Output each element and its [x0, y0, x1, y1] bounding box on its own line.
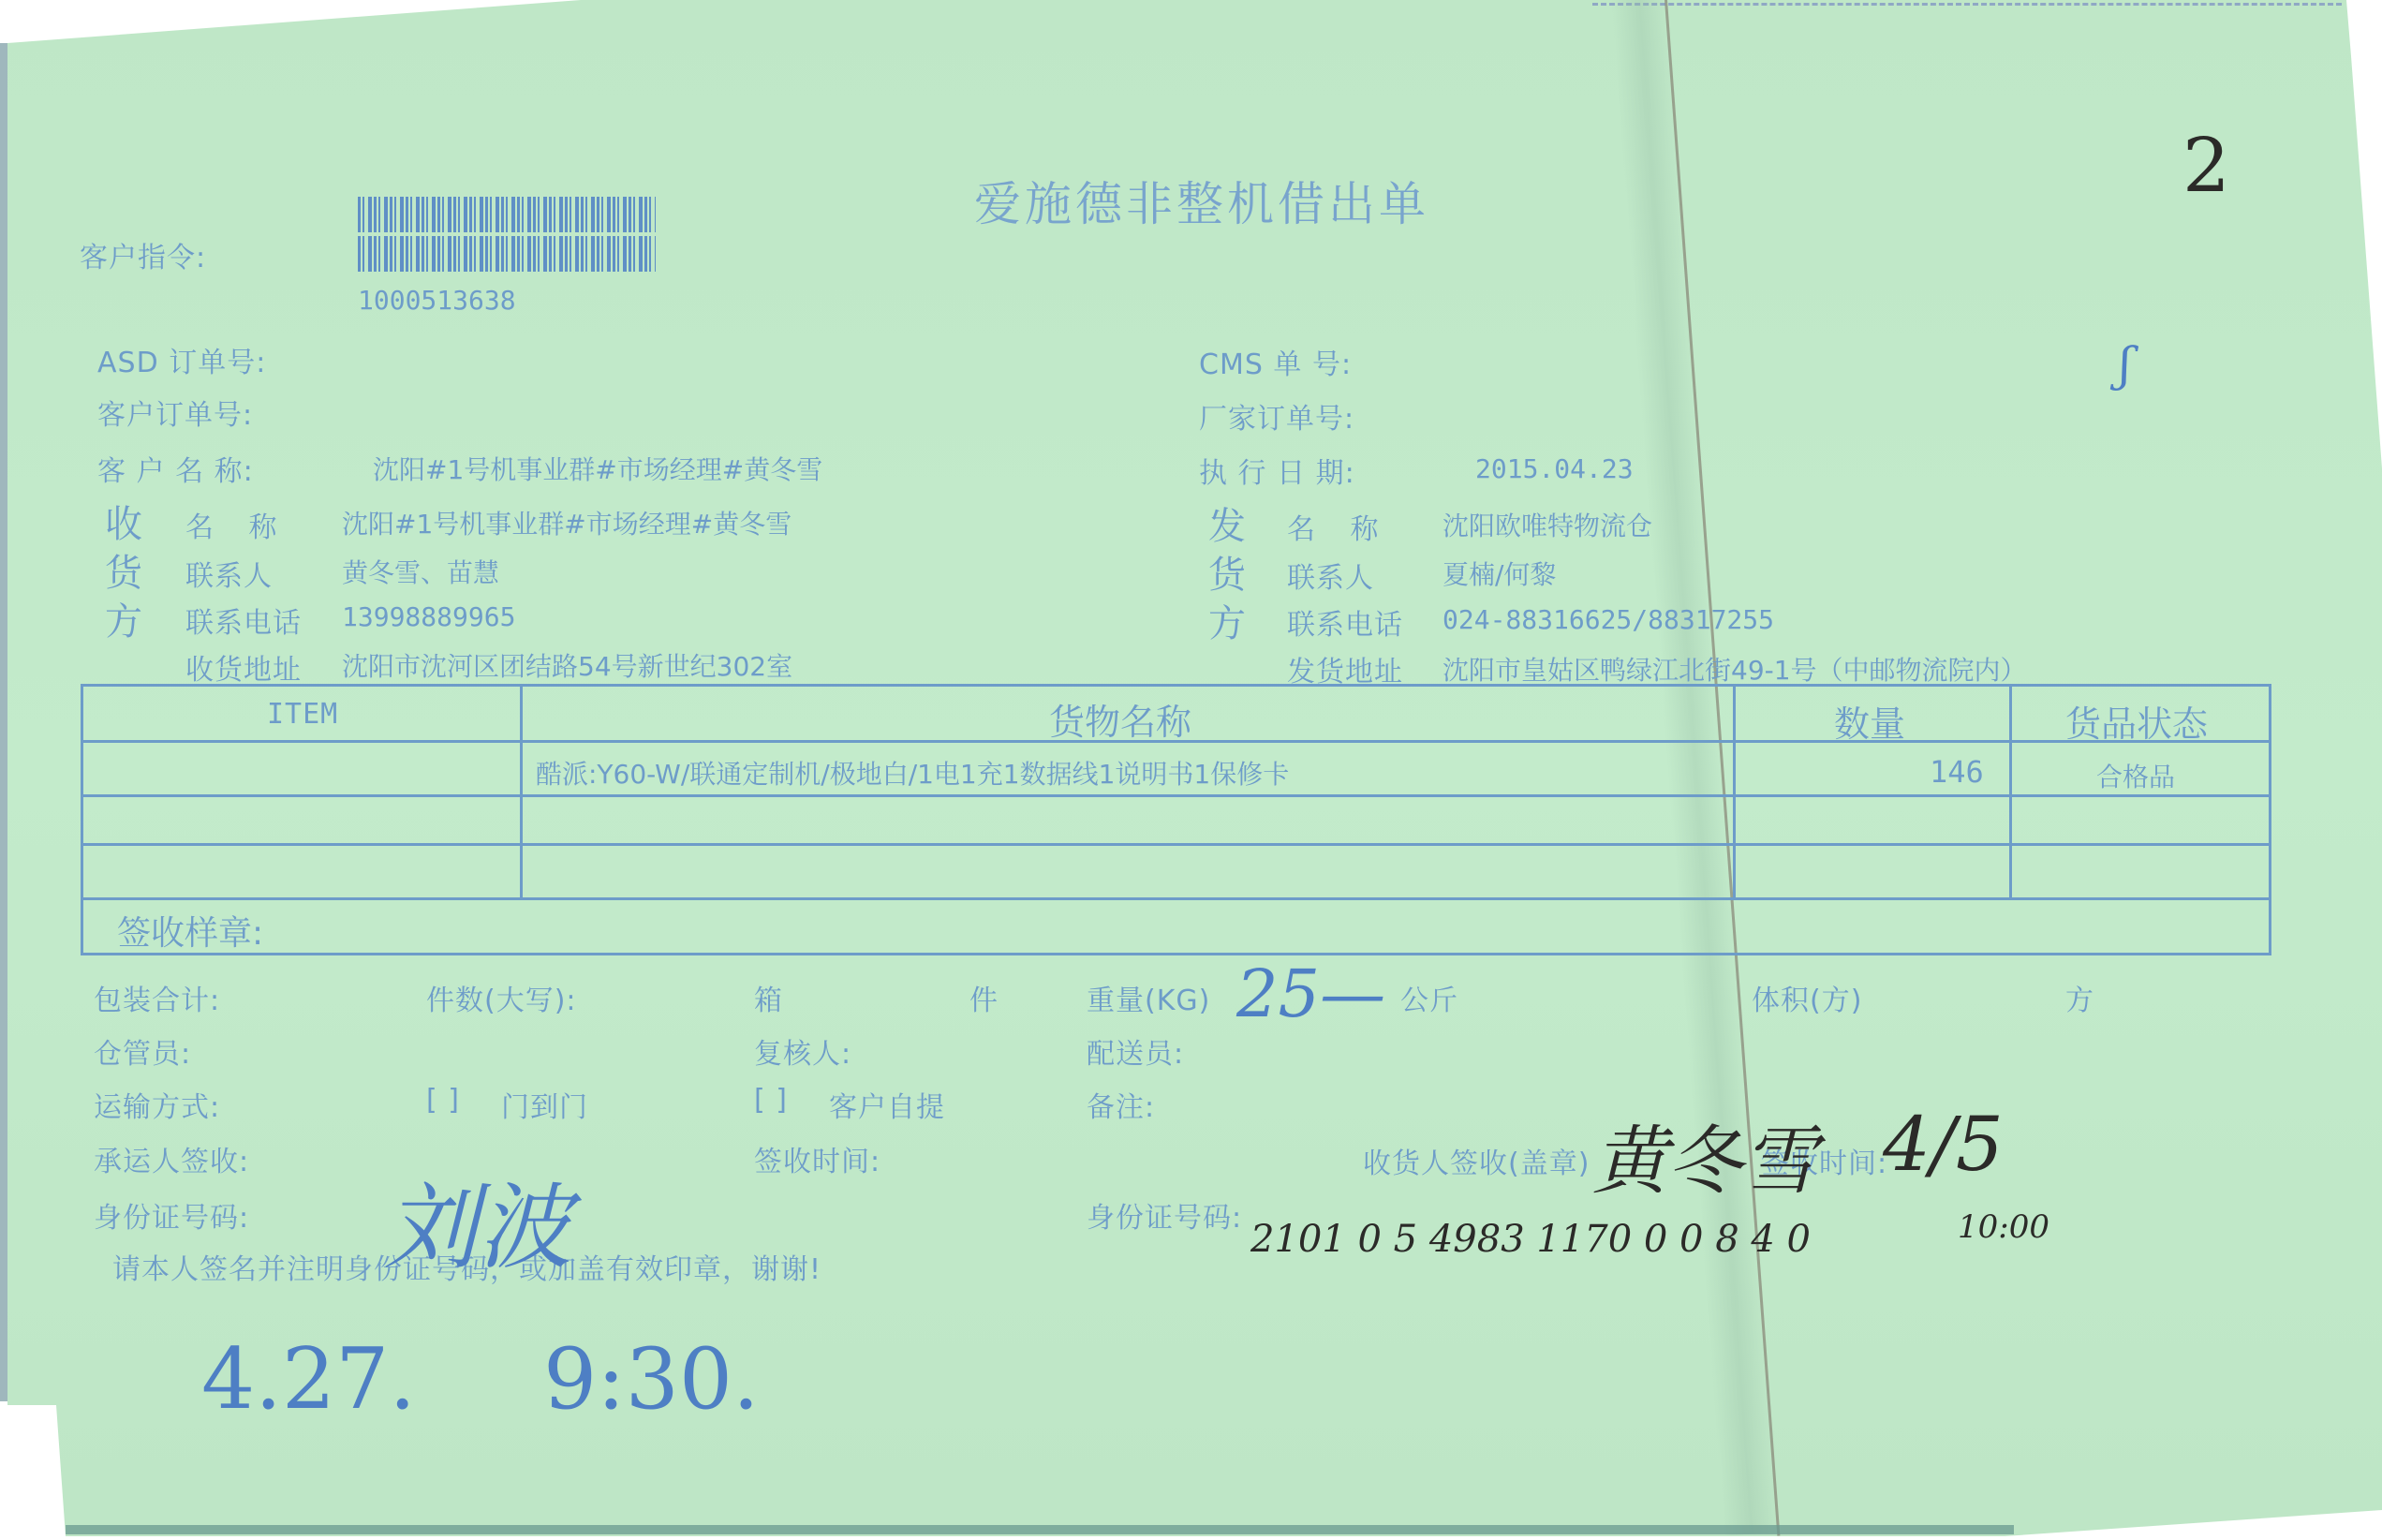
customer-instruction-label: 客户指令: — [80, 234, 206, 275]
table-col-divider — [2009, 684, 2012, 897]
table-rule — [81, 843, 2271, 846]
receiver-side-char-3: 方 — [105, 592, 142, 645]
customer-name-label: 客 户 名 称: — [97, 448, 254, 489]
customer-name-value: 沈阳#1号机事业群#市场经理#黄冬雪 — [373, 450, 822, 487]
weight-unit: 公斤 — [1400, 977, 1458, 1018]
receiver-contact-label: 联系人 — [185, 553, 273, 594]
checker-label: 复核人: — [754, 1030, 851, 1072]
delivery-person-label: 配送员: — [1087, 1030, 1184, 1072]
table-rule — [81, 897, 2271, 900]
sender-name-label: 名 称 — [1287, 506, 1392, 547]
table-col-divider — [1733, 684, 1736, 897]
sender-phone-value: 024-88316625/88317255 — [1443, 604, 1774, 635]
carrier-sign-label: 承运人签收: — [94, 1138, 249, 1179]
carrier-sign-time-label: 签收时间: — [754, 1138, 880, 1179]
receiver-name-label: 名 称 — [185, 504, 290, 545]
asd-order-label: ASD 订单号: — [97, 339, 266, 380]
bottom-note-date: 4.27. — [201, 1330, 416, 1429]
pieces-label: 件数(大写): — [426, 977, 577, 1018]
self-pickup-label: 客户自提 — [829, 1084, 945, 1125]
piece-label: 件 — [969, 977, 999, 1018]
table-header-item: ITEM — [267, 698, 338, 731]
remark-label: 备注: — [1087, 1084, 1155, 1125]
package-total-label: 包装合计: — [94, 977, 220, 1018]
door-to-door-label: 门到门 — [501, 1084, 588, 1125]
self-pickup-checkbox[interactable]: [ ] — [754, 1084, 788, 1117]
exec-date-value: 2015.04.23 — [1475, 453, 1634, 484]
door-to-door-checkbox[interactable]: [ ] — [426, 1084, 460, 1117]
receiver-signature: 黄冬雪 — [1592, 1101, 1817, 1208]
receiver-id-label: 身份证号码: — [1087, 1194, 1242, 1236]
transport-label: 运输方式: — [94, 1084, 220, 1125]
carrier-id-label: 身份证号码: — [94, 1194, 249, 1236]
scan-edge — [0, 43, 7, 1401]
receiver-phone-value: 13998889965 — [342, 601, 515, 632]
volume-label: 体积(方) — [1752, 977, 1862, 1018]
customer-order-label: 客户订单号: — [97, 392, 253, 433]
sender-contact-value: 夏楠/何黎 — [1443, 555, 1556, 592]
receiver-phone-label: 联系电话 — [185, 600, 302, 641]
table-header-quantity: 数量 — [1834, 695, 1905, 747]
volume-unit: 方 — [2065, 977, 2094, 1018]
sender-phone-label: 联系电话 — [1287, 601, 1403, 643]
table-header-goods-name: 货物名称 — [1049, 693, 1191, 745]
receiver-side-char-1: 收 — [105, 495, 142, 548]
receiver-address-label: 收货地址 — [185, 646, 302, 688]
receiver-id-handwritten: 2101 0 5 4983 1170 0 0 8 4 0 — [1250, 1218, 1811, 1261]
receive-time-handwritten: 10:00 — [1958, 1208, 2049, 1246]
factory-order-label: 厂家订单号: — [1199, 395, 1354, 437]
margin-mark: ʃ — [2119, 337, 2132, 392]
cms-label: CMS 单 号: — [1199, 341, 1352, 382]
table-rule — [81, 794, 2271, 797]
table-header-status: 货品状态 — [2065, 695, 2208, 747]
receiver-sign-label: 收货人签收(盖章) — [1363, 1140, 1590, 1181]
receiver-side-char-2: 货 — [105, 543, 142, 597]
cell-quantity: 146 — [1930, 754, 1984, 790]
sender-side-char-2: 货 — [1208, 545, 1246, 599]
bottom-note-time: 9:30. — [543, 1330, 760, 1429]
box-label: 箱 — [754, 977, 783, 1018]
warehouse-keeper-label: 仓管员: — [94, 1030, 191, 1072]
receiver-address-value: 沈阳市沈河区团结路54号新世纪302室 — [342, 646, 792, 684]
sender-address-value: 沈阳市皇姑区鸭绿江北街49-1号（中邮物流院内） — [1443, 650, 2027, 688]
receiver-contact-value: 黄冬雪、苗慧 — [342, 553, 499, 590]
receiver-name-value: 沈阳#1号机事业群#市场经理#黄冬雪 — [342, 504, 792, 541]
sender-side-char-1: 发 — [1208, 496, 1246, 550]
perforation-line — [1592, 3, 2342, 6]
table-col-divider — [520, 684, 523, 897]
barcode-icon — [358, 197, 656, 272]
bottom-edge — [66, 1525, 2014, 1534]
cell-status: 合格品 — [2096, 757, 2175, 794]
sender-contact-label: 联系人 — [1287, 555, 1374, 596]
exec-date-label: 执 行 日 期: — [1199, 450, 1355, 491]
weight-label: 重量(KG) — [1087, 977, 1210, 1018]
stamp-label: 签收样章: — [117, 907, 263, 955]
customer-instruction-number: 1000513638 — [358, 285, 516, 316]
page-mark: 2 — [2182, 122, 2230, 209]
cell-goods-name: 酷派:Y60-W/联通定制机/极地白/1电1充1数据线1说明书1保修卡 — [536, 754, 1289, 792]
sender-name-value: 沈阳欧唯特物流仓 — [1443, 506, 1652, 543]
carrier-signature: 刘波 — [384, 1152, 571, 1287]
document-title: 爱施德非整机借出单 — [974, 167, 1429, 234]
receive-date-handwritten: 4/5 — [1883, 1101, 2004, 1188]
weight-value: 25— — [1236, 955, 1385, 1032]
sender-side-char-3: 方 — [1208, 594, 1246, 647]
